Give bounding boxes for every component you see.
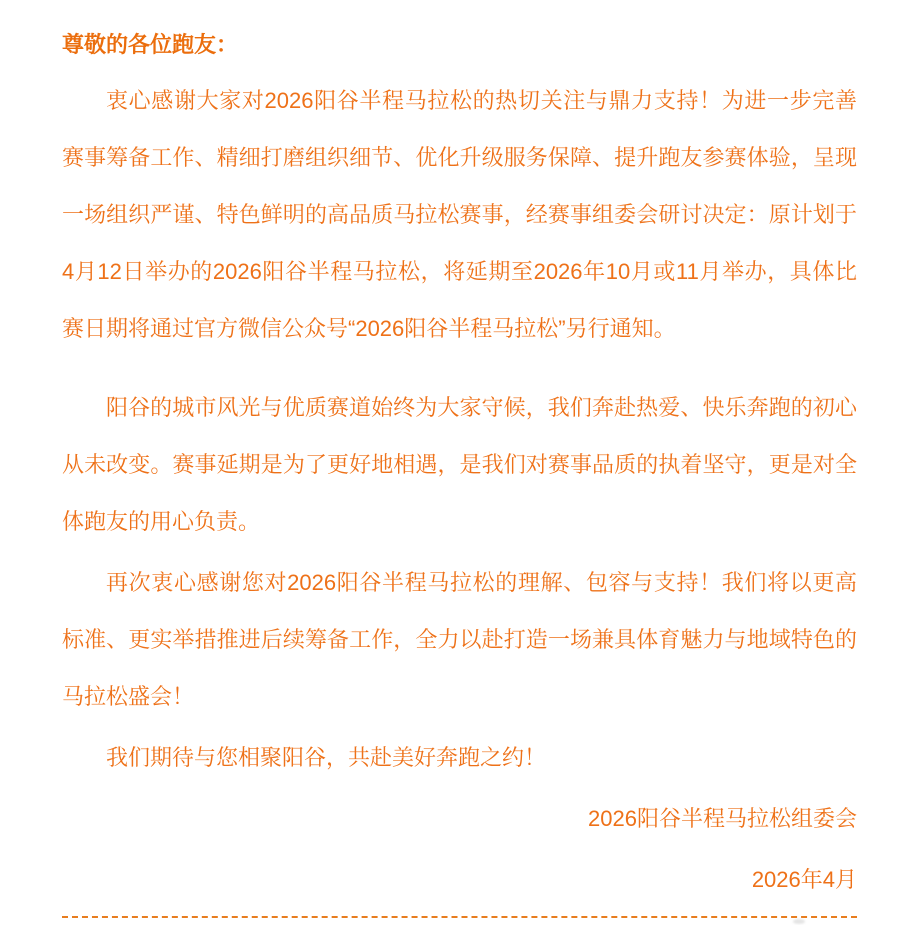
date-block: 2026年4月 <box>62 851 857 908</box>
letter-line: 标准、更实举措推进后续筹备工作，全力以赴打造一场兼具体育魅力与地域特色的 <box>62 611 857 668</box>
paragraph-3: 再次衷心感谢您对2026阳谷半程马拉松的理解、包容与支持！我们将以更高 标准、更… <box>62 554 857 725</box>
letter-line: 一场组织严谨、特色鲜明的高品质马拉松赛事，经赛事组委会研讨决定：原计划于 <box>62 186 857 243</box>
letter-line: 阳谷的城市风光与优质赛道始终为大家守候，我们奔赴热爱、快乐奔跑的初心 <box>62 379 857 436</box>
paragraph-1: 衷心感谢大家对2026阳谷半程马拉松的热切关注与鼎力支持！为进一步完善 赛事筹备… <box>62 72 857 357</box>
letter-line: 从未改变。赛事延期是为了更好地相遇，是我们对赛事品质的执着坚守，更是对全 <box>62 436 857 493</box>
letter-line: 赛日期将通过官方微信公众号“2026阳谷半程马拉松”另行通知。 <box>62 300 857 357</box>
page-smudge <box>793 919 805 924</box>
dashed-divider <box>62 916 857 918</box>
letter-line: 马拉松盛会！ <box>62 668 857 725</box>
letter-line: 我们期待与您相聚阳谷，共赴美好奔跑之约！ <box>62 729 857 786</box>
date-line: 2026年4月 <box>62 851 857 908</box>
letter-line: 体跑友的用心负责。 <box>62 493 857 550</box>
signature: 2026阳谷半程马拉松组委会 <box>62 790 857 847</box>
signature-block: 2026阳谷半程马拉松组委会 <box>62 790 857 847</box>
letter-line: 赛事筹备工作、精细打磨组织细节、优化升级服务保障、提升跑友参赛体验，呈现 <box>62 129 857 186</box>
letter-line: 再次衷心感谢您对2026阳谷半程马拉松的理解、包容与支持！我们将以更高 <box>62 554 857 611</box>
letter-line: 衷心感谢大家对2026阳谷半程马拉松的热切关注与鼎力支持！为进一步完善 <box>62 72 857 129</box>
letter-line: 4月12日举办的2026阳谷半程马拉松，将延期至2026年10月或11月举办，具… <box>62 243 857 300</box>
announcement-letter: 尊敬的各位跑友： 衷心感谢大家对2026阳谷半程马拉松的热切关注与鼎力支持！为进… <box>0 0 897 918</box>
salutation: 尊敬的各位跑友： <box>62 30 857 60</box>
paragraph-2: 阳谷的城市风光与优质赛道始终为大家守候，我们奔赴热爱、快乐奔跑的初心 从未改变。… <box>62 379 857 550</box>
paragraph-4: 我们期待与您相聚阳谷，共赴美好奔跑之约！ <box>62 729 857 786</box>
